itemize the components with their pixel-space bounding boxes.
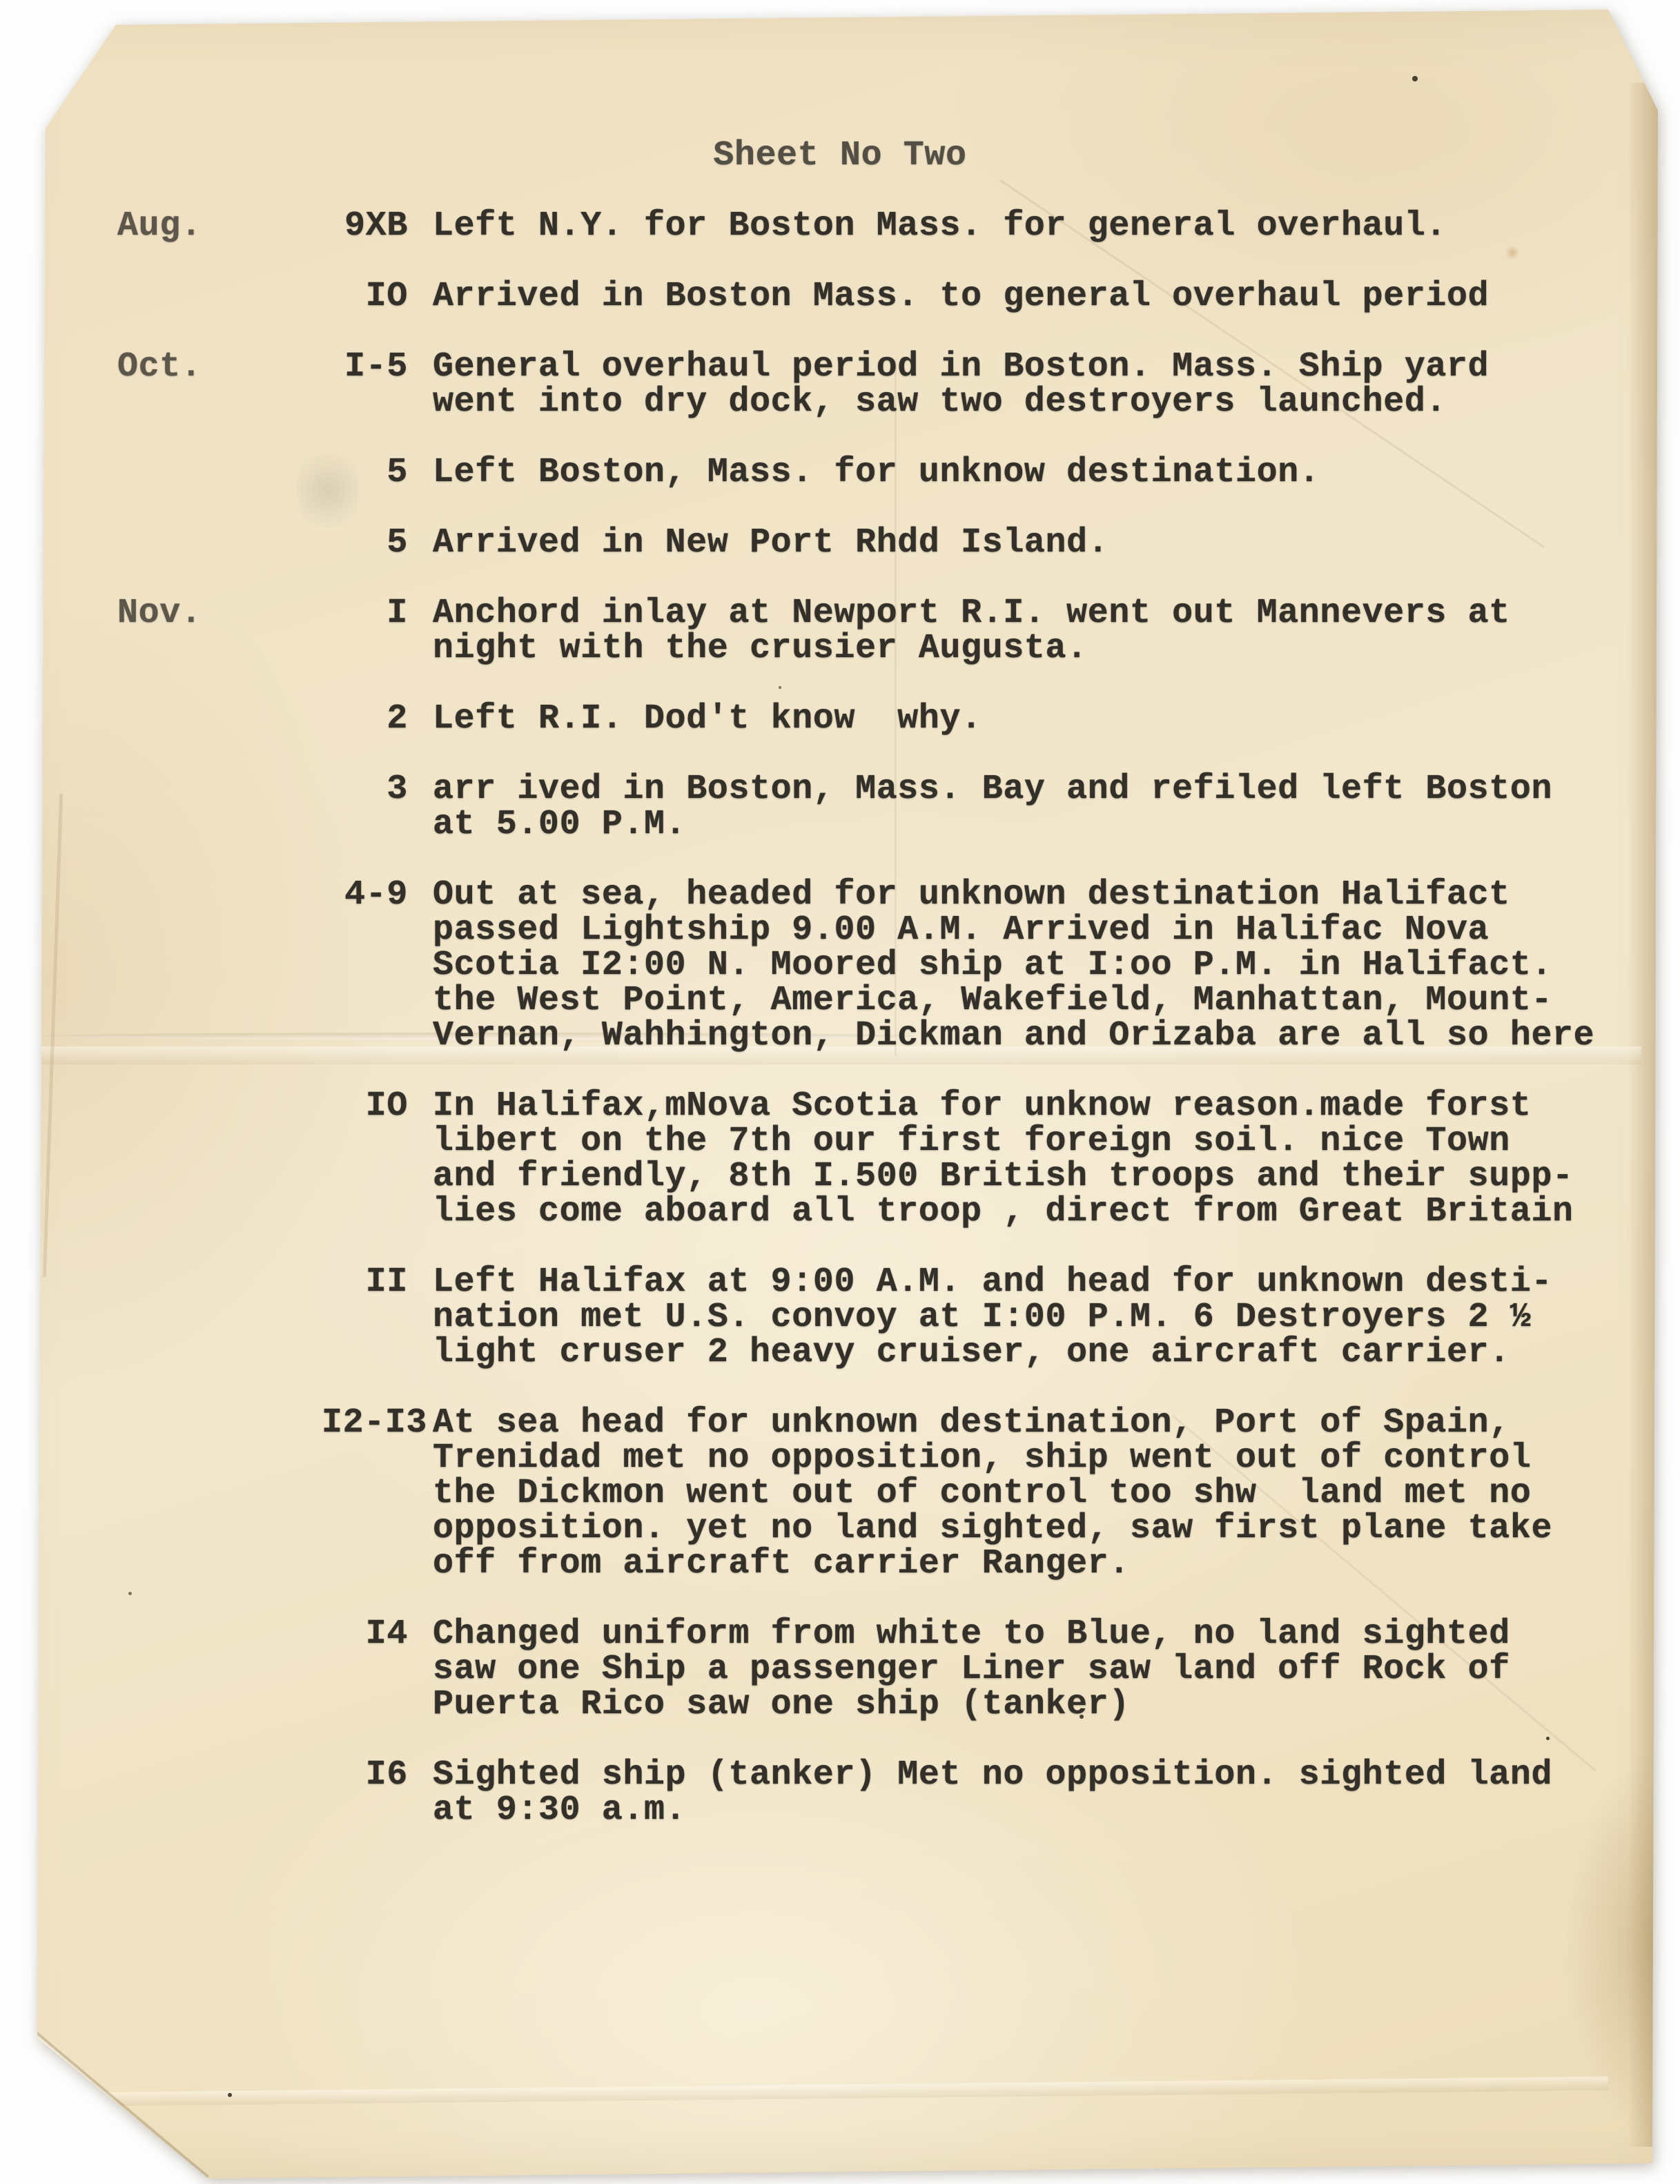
entry-text-line: Arrived in Boston Mass. to general overh… <box>433 279 1680 314</box>
entry-day: 4-9 <box>322 877 408 1053</box>
entry-text: Changed uniform from white to Blue, no l… <box>433 1617 1680 1722</box>
entry-month <box>117 772 297 842</box>
entry-month <box>117 1265 297 1370</box>
entry-text-line: the Dickmon went out of control too shw … <box>433 1476 1680 1511</box>
entry-text-line: at 5.00 P.M. <box>433 807 1680 842</box>
entry-month <box>117 1405 297 1581</box>
entry-text: Arrived in Boston Mass. to general overh… <box>433 279 1680 314</box>
log-entry: IO In Halifax,mNova Scotia for unknow re… <box>0 1089 1680 1229</box>
entry-text: Left Halifax at 9:00 A.M. and head for u… <box>433 1265 1680 1370</box>
entry-text-line: Left N.Y. for Boston Mass. for general o… <box>433 208 1680 244</box>
log-entry: Aug. 9XB Left N.Y. for Boston Mass. for … <box>0 208 1680 244</box>
entry-day: 2 <box>322 701 408 737</box>
entry-text: Sighted ship (tanker) Met no opposition.… <box>433 1757 1680 1828</box>
entry-month <box>117 877 297 1053</box>
log-entry: 2 Left R.I. Dod't know why. <box>0 701 1680 737</box>
entry-text-line: Trenidad met no opposition, ship went ou… <box>433 1441 1680 1476</box>
entry-text-line: nation met U.S. convoy at I:00 P.M. 6 De… <box>433 1300 1680 1335</box>
log-entry: I2-I3 At sea head for unknown destinatio… <box>0 1405 1680 1581</box>
entry-text-line: lies come aboard all troop , direct from… <box>433 1194 1680 1229</box>
entry-day: 3 <box>322 772 408 842</box>
paper-sheet: Sheet No Two Aug. 9XB Left N.Y. for Bost… <box>0 0 1680 2184</box>
log-entry: Oct. I-5 General overhaul period in Bost… <box>0 349 1680 420</box>
entry-text: Left Boston, Mass. for unknow destinatio… <box>433 455 1680 490</box>
entry-text-line: Arrived in New Port Rhdd Island. <box>433 525 1680 560</box>
entry-text: Arrived in New Port Rhdd Island. <box>433 525 1680 560</box>
entry-text-line: libert on the 7th our first foreign soil… <box>433 1124 1680 1159</box>
entry-text-line: off from aircraft carrier Ranger. <box>433 1546 1680 1581</box>
entry-month <box>117 1617 297 1722</box>
log-entry: 5 Left Boston, Mass. for unknow destinat… <box>0 455 1680 490</box>
entry-month <box>117 455 297 490</box>
entry-month <box>117 701 297 737</box>
entry-day: I <box>322 596 408 666</box>
entry-month: Nov. <box>117 596 297 666</box>
entry-text-line: At sea head for unknown destination, Por… <box>433 1405 1680 1441</box>
paper-shadow: Sheet No Two Aug. 9XB Left N.Y. for Bost… <box>0 0 1680 2184</box>
entry-text: Left N.Y. for Boston Mass. for general o… <box>433 208 1680 244</box>
entry-text-line: Scotia I2:00 N. Moored ship at I:oo P.M.… <box>433 948 1680 983</box>
entry-day: IO <box>322 279 408 314</box>
entry-day: I6 <box>322 1757 408 1828</box>
log-entry: Nov. I Anchord inlay at Newport R.I. wen… <box>0 596 1680 666</box>
entry-month: Aug. <box>117 208 297 244</box>
entry-text: Out at sea, headed for unknown destinati… <box>433 877 1680 1053</box>
entry-month <box>117 1757 297 1828</box>
page-title: Sheet No Two <box>0 138 1680 173</box>
entry-text-line: light cruser 2 heavy cruiser, one aircra… <box>433 1335 1680 1370</box>
entry-text-line: Vernan, Wahhington, Dickman and Orizaba … <box>433 1018 1680 1053</box>
entry-day: I2-I3 <box>322 1405 408 1581</box>
entry-day: I-5 <box>322 349 408 420</box>
entry-text-line: Puerta Rico saw one ship (tanker) <box>433 1687 1680 1722</box>
entry-month <box>117 1089 297 1229</box>
entry-text-line: Anchord inlay at Newport R.I. went out M… <box>433 596 1680 631</box>
log-entry: 3 arr ived in Boston, Mass. Bay and refi… <box>0 772 1680 842</box>
entry-text-line: Changed uniform from white to Blue, no l… <box>433 1617 1680 1652</box>
entry-text-line: In Halifax,mNova Scotia for unknow reaso… <box>433 1089 1680 1124</box>
entry-text: In Halifax,mNova Scotia for unknow reaso… <box>433 1089 1680 1229</box>
entry-text-line: passed Lightship 9.00 A.M. Arrived in Ha… <box>433 913 1680 948</box>
entry-text-line: opposition. yet no land sighted, saw fir… <box>433 1511 1680 1546</box>
entry-day: 5 <box>322 525 408 560</box>
entry-text-line: Out at sea, headed for unknown destinati… <box>433 877 1680 913</box>
entry-day: I4 <box>322 1617 408 1722</box>
entry-text: General overhaul period in Boston. Mass.… <box>433 349 1680 420</box>
typewritten-log: Sheet No Two Aug. 9XB Left N.Y. for Bost… <box>0 0 1680 2184</box>
log-entry: II Left Halifax at 9:00 A.M. and head fo… <box>0 1265 1680 1370</box>
entry-text-line: at 9:30 a.m. <box>433 1793 1680 1828</box>
entry-text-line: and friendly, 8th I.500 British troops a… <box>433 1159 1680 1194</box>
entry-text-line: went into dry dock, saw two destroyers l… <box>433 384 1680 420</box>
log-entry: I4 Changed uniform from white to Blue, n… <box>0 1617 1680 1722</box>
entry-text: Left R.I. Dod't know why. <box>433 701 1680 737</box>
entry-text-line: General overhaul period in Boston. Mass.… <box>433 349 1680 384</box>
entry-month: Oct. <box>117 349 297 420</box>
log-entry: 4-9 Out at sea, headed for unknown desti… <box>0 877 1680 1053</box>
entry-text-line: Sighted ship (tanker) Met no opposition.… <box>433 1757 1680 1793</box>
entry-month <box>117 279 297 314</box>
entry-text: Anchord inlay at Newport R.I. went out M… <box>433 596 1680 666</box>
entry-month <box>117 525 297 560</box>
entry-text-line: the West Point, America, Wakefield, Manh… <box>433 983 1680 1018</box>
entry-day: 5 <box>322 455 408 490</box>
entry-text-line: Left Boston, Mass. for unknow destinatio… <box>433 455 1680 490</box>
entry-text-line: arr ived in Boston, Mass. Bay and refile… <box>433 772 1680 807</box>
entry-text-line: Left R.I. Dod't know why. <box>433 701 1680 737</box>
log-entries: Aug. 9XB Left N.Y. for Boston Mass. for … <box>0 208 1680 1828</box>
entry-text: arr ived in Boston, Mass. Bay and refile… <box>433 772 1680 842</box>
entry-day: 9XB <box>322 208 408 244</box>
entry-day: II <box>322 1265 408 1370</box>
entry-day: IO <box>322 1089 408 1229</box>
entry-text: At sea head for unknown destination, Por… <box>433 1405 1680 1581</box>
entry-text-line: saw one Ship a passenger Liner saw land … <box>433 1652 1680 1687</box>
log-entry: I6 Sighted ship (tanker) Met no oppositi… <box>0 1757 1680 1828</box>
entry-text-line: night with the crusier Augusta. <box>433 631 1680 666</box>
log-entry: IO Arrived in Boston Mass. to general ov… <box>0 279 1680 314</box>
log-entry: 5 Arrived in New Port Rhdd Island. <box>0 525 1680 560</box>
entry-text-line: Left Halifax at 9:00 A.M. and head for u… <box>433 1265 1680 1300</box>
scanned-document: Sheet No Two Aug. 9XB Left N.Y. for Bost… <box>0 0 1680 2184</box>
